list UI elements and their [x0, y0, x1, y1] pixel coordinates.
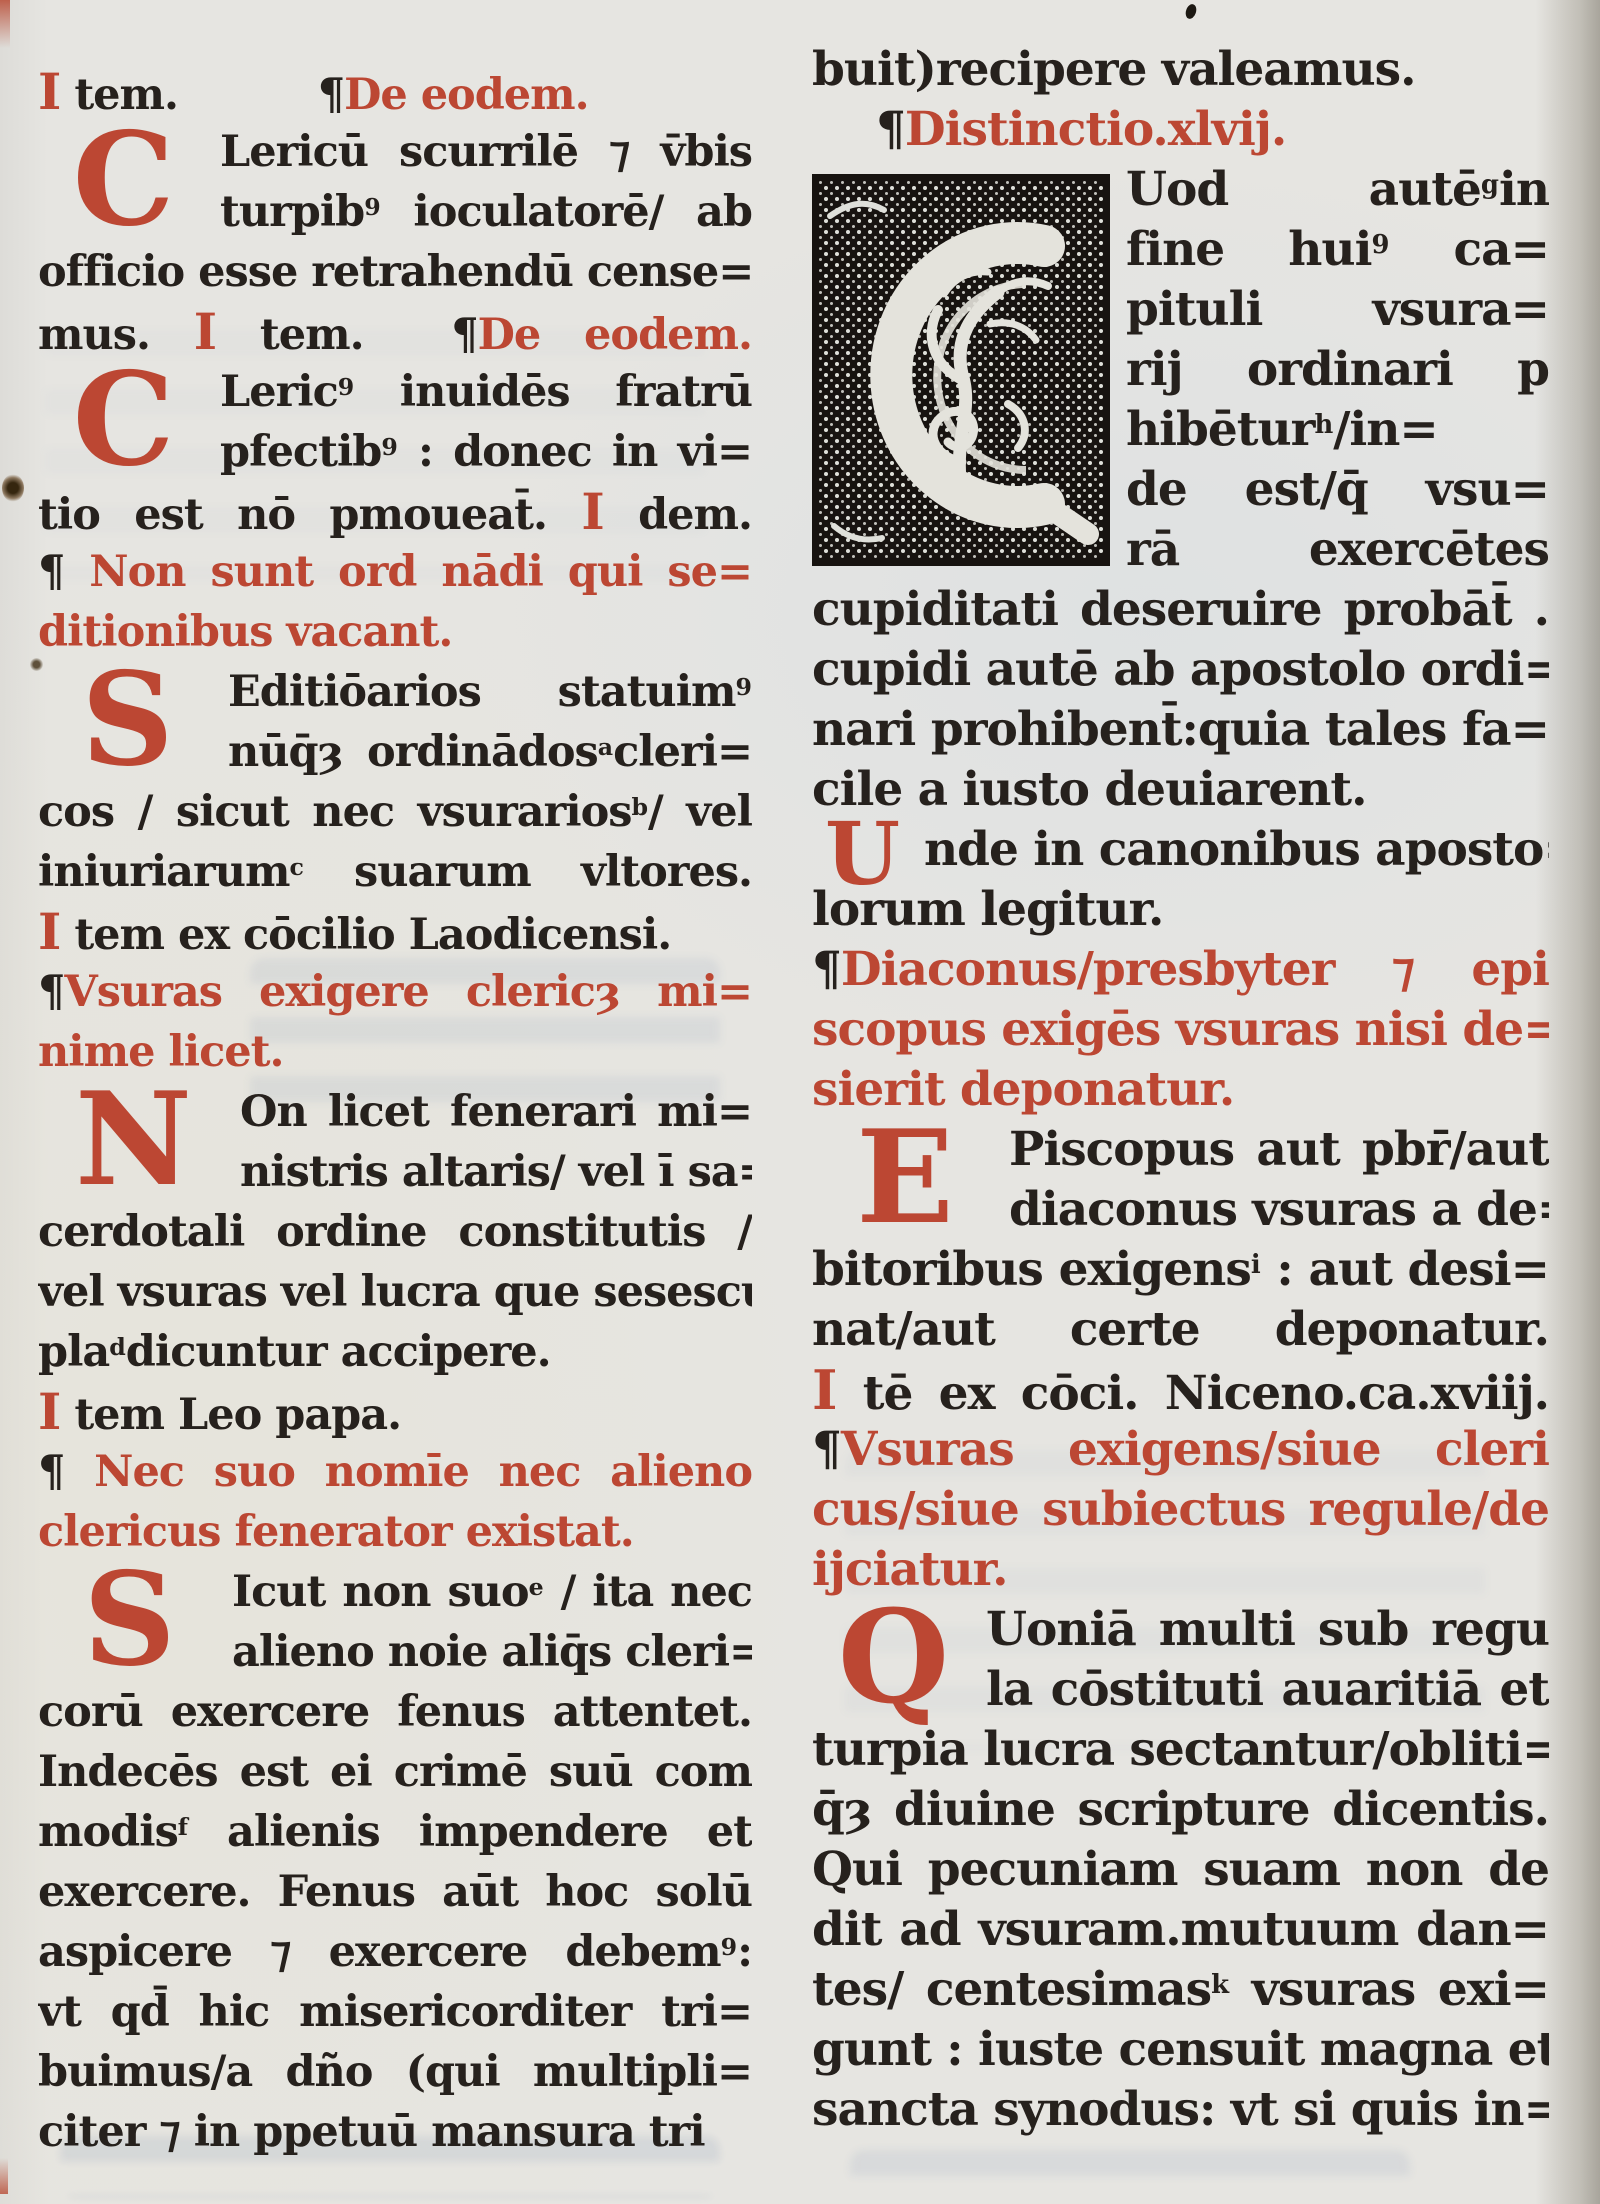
rubric-text: nime licet. [38, 1027, 283, 1077]
body-text: ¶ [812, 1422, 841, 1477]
body-text: nistris altaris/ vel ī sa= [240, 1147, 752, 1197]
incunable-page: I tem. ¶De eodem.CLericū scurrilē ⁊ v̄bi… [0, 0, 1600, 2204]
rubric-text: ditionibus vacant. [38, 607, 452, 657]
red-edge-mark [0, 0, 10, 48]
text-line: ditionibus vacant. [38, 602, 752, 662]
body-text: e [529, 1573, 544, 1601]
rubric-text: Distinctio.xlvij. [905, 102, 1286, 157]
body-text: ¶ [812, 942, 841, 997]
rubric-text: sierit deponatur. [812, 1062, 1234, 1117]
body-text: / ita nec [544, 1567, 752, 1617]
text-line: citer ⁊ in ppetuū mansura tri [38, 2102, 752, 2162]
drop-cap-initial: E [812, 1120, 997, 1240]
text-line: ijciatur. [812, 1540, 1549, 1600]
text-line: cile a iusto deuiarent. [812, 760, 1549, 820]
body-text: de est/q̄ vsu= [1126, 462, 1549, 517]
body-text: hibētur [1126, 402, 1314, 457]
body-text: pituli vsura= [1126, 282, 1549, 337]
body-text: mus. [38, 310, 194, 360]
text-line: sierit deponatur. [812, 1060, 1549, 1120]
body-text: 9 [1371, 230, 1389, 260]
body-text: /in= [1333, 402, 1438, 457]
rubric-text: ijciatur. [812, 1542, 1007, 1597]
body-text: ¶ [38, 547, 89, 597]
body-text: h [1314, 410, 1333, 440]
text-line: gunt : iuste censuit magna et [812, 2020, 1549, 2080]
body-text: gunt : iuste censuit magna et [812, 2022, 1549, 2077]
rubric-text: I [194, 302, 216, 361]
text-line: lorum legitur. [812, 880, 1549, 940]
body-text: d [109, 1333, 126, 1361]
body-text: q̄ȝ diuine scripture dicentis. [812, 1782, 1549, 1837]
body-text: rij ordinari p [1126, 342, 1549, 397]
body-text: f [178, 1813, 188, 1841]
woodcut-initial-q-graphic [812, 174, 1110, 566]
body-text: k [1211, 1970, 1229, 2000]
rubric-text: Vsuras exigens/siue cleri [841, 1422, 1549, 1477]
text-line: clericus fenerator existat. [38, 1502, 752, 1562]
body-text: alieno noie aliq̄s cleri= [232, 1627, 752, 1677]
body-text: 9 [736, 673, 752, 701]
text-line: turpia lucra sectantur/obliti= [812, 1720, 1549, 1780]
red-edge-mark [0, 2158, 8, 2194]
text-line: ¶Diaconus/presbyter ⁊ epi [812, 940, 1549, 1000]
body-text: pla [38, 1327, 109, 1377]
woodcut-initial-q [812, 174, 1110, 566]
body-text: cupidi autē ab apostolo ordi= [812, 642, 1549, 697]
body-text: Uod autē [1126, 162, 1481, 217]
text-line: buimus/a dño (qui multipli= [38, 2042, 752, 2102]
body-text: tes/ centesimas [812, 1962, 1211, 2017]
drop-cap-initial: U [812, 820, 912, 880]
body-text [178, 70, 318, 120]
body-text: ¶ [876, 102, 905, 157]
body-text: Editiōarios statuim [228, 667, 736, 717]
body-text: suarum vltores. [304, 847, 752, 897]
drop-cap-initial: C [38, 122, 208, 242]
text-line: ¶Vsuras exigere clericȝ mi= [38, 962, 752, 1022]
body-text: tem Leo papa. [60, 1390, 401, 1440]
body-text: Lericū scurrilē ⁊ v̄bis [220, 127, 752, 177]
text-line: ¶Distinctio.xlvij. [876, 100, 1549, 160]
text-line: tio est nō pmoueat̄. I dem. [38, 482, 752, 542]
body-text: in [1499, 162, 1549, 217]
body-text: On licet fenerari mi= [240, 1087, 752, 1137]
body-text [364, 310, 452, 360]
body-text: 9 [338, 373, 354, 401]
body-text: tē ex cōci. Niceno.ca.xviij. [837, 1366, 1549, 1421]
rubric-text: I [38, 902, 60, 961]
body-text: c [289, 853, 303, 881]
body-text: buit)recipere valeamus. [812, 42, 1415, 97]
text-line: q̄ȝ diuine scripture dicentis. [812, 1780, 1549, 1840]
text-line: officio esse retrahendū cense= [38, 242, 752, 302]
left-text-column: I tem. ¶De eodem.CLericū scurrilē ⁊ v̄bi… [38, 62, 752, 2182]
drop-cap-initial: Q [812, 1600, 974, 1720]
text-line: nat/aut certe deponatur. [812, 1300, 1549, 1360]
body-text: pfectib [220, 427, 381, 477]
body-text: Icut non suo [232, 1567, 529, 1617]
body-text: : [737, 1927, 752, 1977]
body-text: dem. [604, 490, 752, 540]
text-line: Qui pecuniam suam non de [812, 1840, 1549, 1900]
body-text: 9 [721, 1933, 737, 1961]
body-text: nari prohibent̄:quia tales fa= [812, 702, 1549, 757]
body-text: nūq̄ȝ ordinādos [228, 727, 598, 777]
body-text: cupiditati deseruire probāt̄ . [812, 582, 1549, 637]
body-text: la cōstituti auaritiā et [986, 1662, 1549, 1717]
body-text: b [632, 793, 649, 821]
body-text: tem ex cōcilio Laodicensi. [60, 910, 671, 960]
body-text: modis [38, 1807, 178, 1857]
body-text: exercere. Fenus aūt hoc solū [38, 1867, 752, 1917]
text-line: vel vsuras vel lucra que sesescu [38, 1262, 752, 1322]
body-text: tem. [60, 70, 178, 120]
text-line: ¶ Non sunt ord nādi qui se= [38, 542, 752, 602]
body-text: vt qd̄ hic misericorditer tri= [38, 1987, 752, 2037]
rubric-text: Non sunt ord nādi qui se= [89, 547, 752, 597]
body-text: ¶ [38, 1447, 94, 1497]
body-text: i [1251, 1250, 1261, 1280]
rubric-text: Diaconus/presbyter ⁊ epi [841, 942, 1549, 997]
text-line: sancta synodus: vt si quis in= [812, 2080, 1549, 2140]
body-text: buimus/a dño (qui multipli= [38, 2047, 752, 2097]
drop-cap-initial: S [38, 662, 216, 782]
right-text-column: buit)recipere valeamus.¶Distinctio.xlvij… [812, 40, 1549, 2204]
body-text: dit ad vsuram.mutuum dan= [812, 1902, 1549, 1957]
body-text: ca= [1389, 222, 1549, 277]
text-line: cupidi autē ab apostolo ordi= [812, 640, 1549, 700]
body-text: Indecēs est ei crimē suū com [38, 1747, 752, 1797]
body-text: iniuriarum [38, 847, 289, 897]
body-text: ioculatorē/ ab [381, 187, 752, 237]
body-text: turpia lucra sectantur/obliti= [812, 1722, 1549, 1777]
drop-cap-initial: C [38, 362, 208, 482]
body-text: fine hui [1126, 222, 1371, 277]
ink-blot [2, 474, 24, 502]
body-text: lorum legitur. [812, 882, 1163, 937]
body-text: Qui pecuniam suam non de [812, 1842, 1549, 1897]
text-line: cus/siue subiectus regule/de [812, 1480, 1549, 1540]
text-line: exercere. Fenus aūt hoc solū [38, 1862, 752, 1922]
rubric-text: I [38, 62, 60, 121]
body-text: rā exercētes [1126, 522, 1549, 577]
body-text: diaconus vsuras a de= [1009, 1182, 1549, 1237]
text-line: cos / sicut nec vsurariosb/ vel [38, 782, 752, 842]
rubric-text: Vsuras exigere clericȝ mi= [64, 967, 752, 1017]
body-text: Leric [220, 367, 338, 417]
drop-cap-initial: N [38, 1082, 228, 1202]
rubric-text: I [38, 1382, 60, 1441]
body-text: ¶ [318, 70, 344, 120]
body-text: dicuntur accipere. [126, 1327, 551, 1377]
text-line: cupiditati deseruire probāt̄ . [812, 580, 1549, 640]
text-line: dit ad vsuram.mutuum dan= [812, 1900, 1549, 1960]
body-text: nde in canonibus aposto= [924, 822, 1549, 877]
body-text: officio esse retrahendū cense= [38, 247, 752, 297]
text-line: I tem Leo papa. [38, 1382, 752, 1442]
body-text: Uoniā multi sub regu [986, 1602, 1549, 1657]
rubric-text: Nec suo nomīe nec alieno [94, 1447, 752, 1497]
text-line: pladdicuntur accipere. [38, 1322, 752, 1382]
body-text: alienis impendere et [188, 1807, 752, 1857]
body-text: sancta synodus: vt si quis in= [812, 2082, 1549, 2137]
body-text: cerdotali ordine constitutis / [38, 1207, 752, 1257]
text-line: tes/ centesimask vsuras exi= [812, 1960, 1549, 2020]
text-line: cerdotali ordine constitutis / [38, 1202, 752, 1262]
rubric-text: cus/siue subiectus regule/de [812, 1482, 1549, 1537]
body-text: ¶ [38, 967, 64, 1017]
body-text: turpib [220, 187, 364, 237]
body-text: a [598, 733, 613, 761]
body-text: aspicere ⁊ exercere debem [38, 1927, 721, 1977]
body-text: cleri= [613, 727, 752, 777]
text-line: bitoribus exigensi : aut desi= [812, 1240, 1549, 1300]
body-text: ¶ [451, 310, 477, 360]
body-text: corū exercere fenus attentet. [38, 1687, 752, 1737]
body-text: 9 [364, 193, 380, 221]
text-line: Indecēs est ei crimē suū com [38, 1742, 752, 1802]
body-text: tem. [216, 310, 364, 360]
text-line: nime licet. [38, 1022, 752, 1082]
text-line: modisf alienis impendere et [38, 1802, 752, 1862]
body-text: : aut desi= [1261, 1242, 1549, 1297]
rubric-text: I [581, 482, 603, 541]
body-text: 9 [381, 433, 397, 461]
rubric-text: De eodem. [344, 70, 589, 120]
rubric-text: scopus exigēs vsuras nisi de= [812, 1002, 1549, 1057]
ink-speck [1184, 3, 1198, 20]
text-line: I tem. ¶De eodem. [38, 62, 752, 122]
body-text: cos / sicut nec vsurarios [38, 787, 632, 837]
body-text: g [1481, 170, 1499, 200]
body-text: vsuras exi= [1229, 1962, 1549, 2017]
text-line: vt qd̄ hic misericorditer tri= [38, 1982, 752, 2042]
text-line: buit)recipere valeamus. [812, 40, 1549, 100]
body-text: nat/aut certe deponatur. [812, 1302, 1549, 1357]
text-line: mus. I tem. ¶De eodem. [38, 302, 752, 362]
text-line: nde in canonibus aposto= [812, 820, 1549, 880]
text-line: nari prohibent̄:quia tales fa= [812, 700, 1549, 760]
body-text: tio est nō pmoueat̄. [38, 490, 581, 540]
text-line: I tē ex cōci. Niceno.ca.xviij. [812, 1360, 1549, 1420]
rubric-text: I [812, 1358, 837, 1422]
text-line: I tem ex cōcilio Laodicensi. [38, 902, 752, 962]
drop-cap-initial: S [38, 1562, 220, 1682]
text-line: scopus exigēs vsuras nisi de= [812, 1000, 1549, 1060]
body-text: cile a iusto deuiarent. [812, 762, 1366, 817]
body-text: citer ⁊ in ppetuū mansura tri [38, 2107, 705, 2157]
body-text: vel vsuras vel lucra que sesescu [38, 1267, 752, 1317]
text-line: corū exercere fenus attentet. [38, 1682, 752, 1742]
body-text: / vel [648, 787, 752, 837]
rubric-text: De eodem. [478, 310, 752, 360]
body-text: inuidēs fratrū [354, 367, 752, 417]
text-line: ¶ Nec suo nomīe nec alieno [38, 1442, 752, 1502]
body-text: Piscopus aut pbr̄/aut [1009, 1122, 1549, 1177]
text-line: aspicere ⁊ exercere debem9: [38, 1922, 752, 1982]
rubric-text: clericus fenerator existat. [38, 1507, 634, 1557]
text-line: iniuriarumc suarum vltores. [38, 842, 752, 902]
body-text: : donec in vi= [398, 427, 752, 477]
text-line: ¶Vsuras exigens/siue cleri [812, 1420, 1549, 1480]
body-text: bitoribus exigens [812, 1242, 1251, 1297]
